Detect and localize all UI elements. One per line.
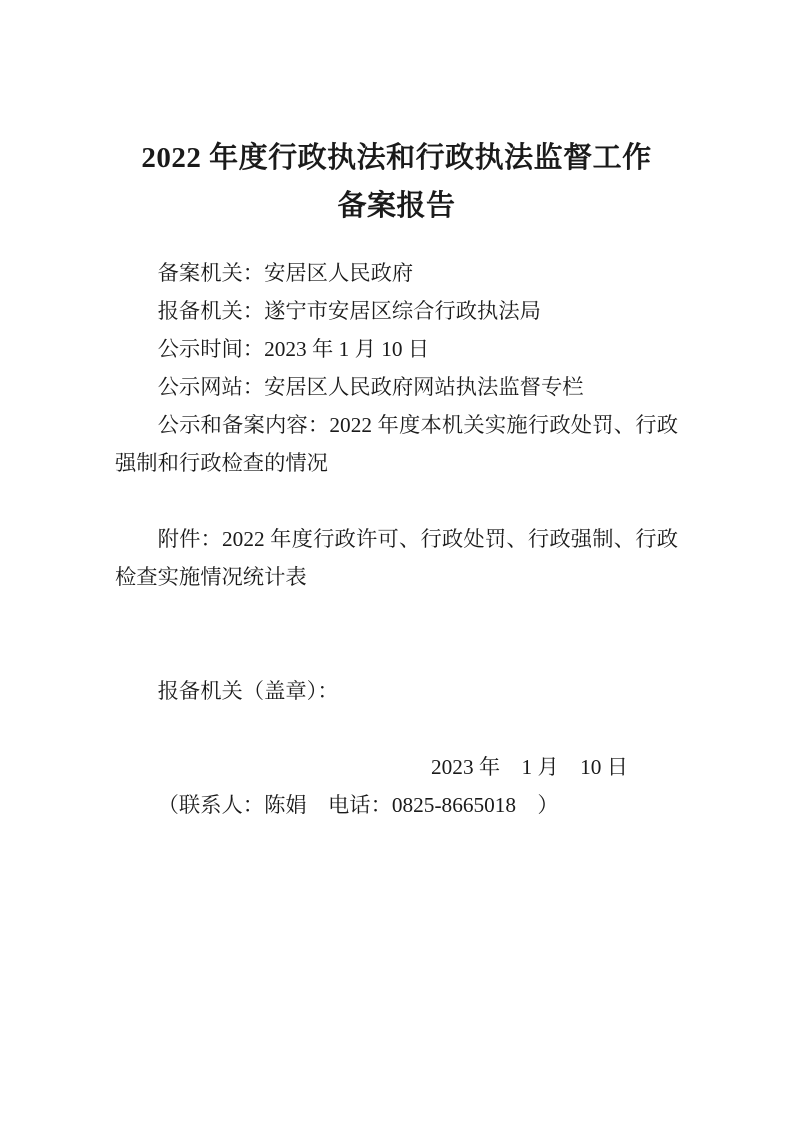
meta-line-filing-authority: 备案机关：安居区人民政府: [115, 254, 678, 292]
contact-line: （联系人：陈娟 电话：0825-8665018 ）: [115, 786, 678, 824]
document-page: 2022 年度行政执法和行政执法监督工作 备案报告 备案机关：安居区人民政府 报…: [0, 0, 793, 1122]
signature-line: 报备机关（盖章）：: [115, 672, 678, 710]
document-title-line1: 2022 年度行政执法和行政执法监督工作: [141, 142, 651, 174]
document-title: 2022 年度行政执法和行政执法监督工作 备案报告: [115, 134, 678, 230]
meta-line-reporting-authority: 报备机关：遂宁市安居区综合行政执法局: [115, 292, 678, 330]
meta-line-publicity-website: 公示网站：安居区人民政府网站执法监督专栏: [115, 368, 678, 406]
meta-line-publicity-date: 公示时间：2023 年 1 月 10 日: [115, 330, 678, 368]
document-body: 备案机关：安居区人民政府 报备机关：遂宁市安居区综合行政执法局 公示时间：202…: [115, 254, 678, 824]
document-title-line2: 备案报告: [337, 190, 455, 222]
attachment-paragraph: 附件：2022 年度行政许可、行政处罚、行政强制、行政检查实施情况统计表: [115, 520, 678, 596]
meta-line-publicity-content: 公示和备案内容：2022 年度本机关实施行政处罚、行政强制和行政检查的情况: [115, 406, 678, 482]
date-line: 2023 年 1 月 10 日: [115, 748, 678, 786]
